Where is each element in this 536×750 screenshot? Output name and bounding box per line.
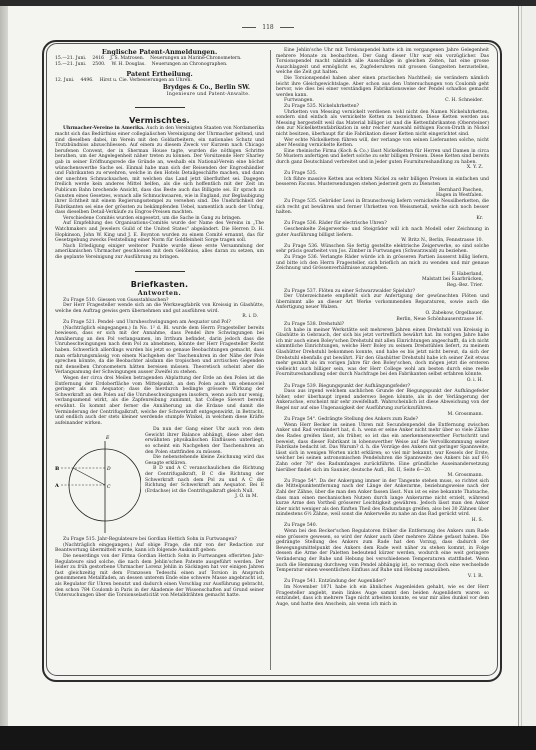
figure-block: E B A D C Da nun der Gang einer Uhr auch… [55,427,264,537]
answer-text: Eine rheinische Firma (Koch & Co.) lässt… [276,149,489,166]
answer-text: (Nachträglich eingegangen.) In No. 1² d.… [55,326,264,376]
figure-caption-text: Da nun der Gang einer Uhr auch von dem G… [145,427,264,537]
svg-text:D: D [106,466,111,472]
answer-text: Zu Frage 54°. Da der Ankergang immer in … [276,479,489,518]
page-number: 118 [0,24,536,31]
svg-text:C: C [107,484,111,490]
scan-top-edge [0,0,536,6]
answer-text: Eine Jehlin'sche Uhr mit Torsionspendel … [276,48,489,76]
answer-text: Zu Frage 535. Gebrüder Lewi in Braunschw… [276,199,489,216]
answer-text: (Nachträglich eingegangen.) Auf obige Fr… [55,543,264,554]
misc-paragraph: Uhrmacher-Vereine in Amerika. Auch in de… [55,126,264,216]
answers-heading: Antworten. [55,290,264,298]
misc-heading: Vermischtes. [55,116,264,126]
svg-text:E: E [105,435,110,441]
answer-text: Geschenkelte Zeigerwerks- und Steigräder… [276,227,489,238]
answer-text: Zu Frage 536. Verlangte Räder würde ich … [276,255,489,272]
scan-right-fold [521,6,522,726]
earth-forces-diagram: E B A D C [55,427,141,537]
grant-heading: Patent Ertheilung. [55,70,264,78]
firm-subtitle: Ingenieure und Patent-Anwalte. [55,92,264,98]
answer-text: Die Torsionspendel haben aber einen prac… [276,76,489,98]
answer-text: Wenn Herr Becker in seinen Uhren mit Sec… [276,423,489,473]
section-divider [135,271,185,272]
answer-text: Zu Frage 536. Wünschen Sie fertig gestel… [276,244,489,255]
answer-text: Ich habe in meiner Werkstätte seit mehre… [276,328,489,378]
firm-name: Brydges & Co., Berlin SW. [55,84,264,92]
scan-left-edge [0,6,8,726]
answer-text: Wegen der circa drei Meilen betragenden … [55,376,264,426]
answer-text: Wer echte Nickelketten führen will, der … [276,138,489,149]
answer-text: Ich führe massive Ketten aus echtem Nick… [276,177,489,188]
answer-text: Dass aus irgend welchem sachlichen Grund… [276,389,489,411]
left-column: Englische Patent-Anmeldungen. 15.—21. Ju… [55,48,264,599]
mailbox-heading: Briefkasten. [55,280,264,290]
column-separator [270,50,271,670]
answer-text: Uhrketten von Messing vernickelt verdien… [276,110,489,138]
scan-bottom-edge [0,726,536,750]
misc-paragraph: Auf Empfehlung des Organisations-Comités… [55,221,264,243]
signature: J. O. in M. [145,494,264,500]
answer-text: Der Herr Fragesteller wende sich an die … [55,303,264,314]
answer-text: Die neuerdings von der Firma Gordian Het… [55,554,264,599]
patents-heading: Englische Patent-Anmeldungen. [55,48,264,56]
right-column: Eine Jehlin'sche Uhr mit Torsionspendel … [276,48,489,607]
svg-text:A: A [55,483,59,489]
answer-text: Im November 1871 habe ich ein ähnliches … [276,585,489,607]
answer-text: Der Unterzeichnete empfiehlt sich zur An… [276,294,489,311]
misc-paragraph: Nach Erledigung einiger weiterer Punkte … [55,244,264,261]
answer-text: Wenn bei den Becker'schen Regulatoren fr… [276,529,489,574]
svg-text:B: B [55,466,59,472]
section-divider [135,107,185,108]
